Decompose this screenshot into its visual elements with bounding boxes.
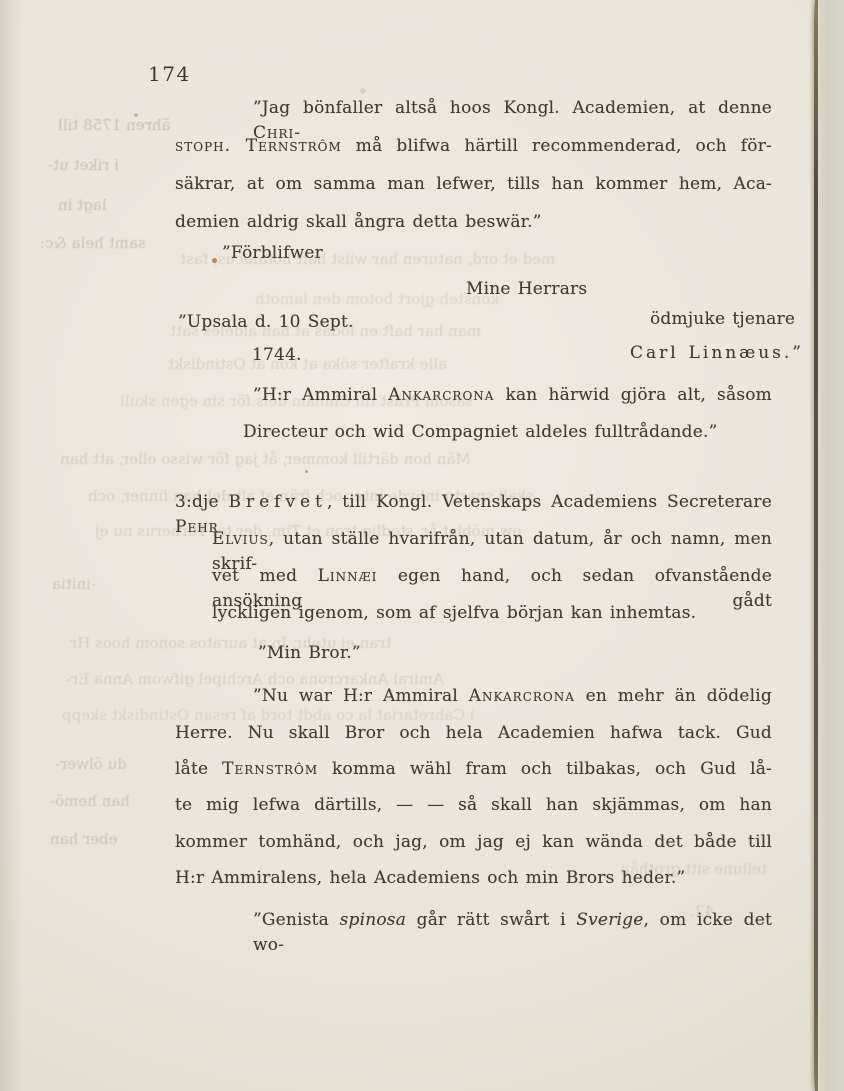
showthrough-fragment: han hemö- xyxy=(50,792,130,810)
letter1-mine-herrars: Mine Herrars xyxy=(466,277,587,302)
postscript-line2: Directeur och wid Compagniet aldeles ful… xyxy=(243,420,718,445)
paper-stain xyxy=(305,470,308,473)
showthrough-fragment: lagt in xyxy=(58,196,107,214)
paper-stain xyxy=(212,258,217,263)
showthrough-fragment: ähren 1758 till xyxy=(58,116,170,134)
letter3-line6: H:r Ammiralens, hela Academiens och min … xyxy=(175,866,685,891)
editor-note-line4: lyckligen igenom, som af sjelfva början … xyxy=(212,601,696,626)
page-edge-line xyxy=(814,0,818,1091)
letter1-dateline-place: ”Upsala d. 10 Sept. xyxy=(178,310,354,335)
letter1-line3: säkrar, at om samma man lefwer, tills ha… xyxy=(175,172,772,197)
letter1-line2: stoph. Ternstrôm må blifwa härtill recom… xyxy=(175,134,772,159)
page-left-shadow xyxy=(0,0,22,1091)
letter1-line4: demien aldrig skall ångra detta beswär.” xyxy=(175,210,542,235)
paper-stain xyxy=(360,88,366,94)
page-scan: ähren 1758 tilli riket ut-lagt insamt he… xyxy=(0,0,844,1091)
paper-stain xyxy=(134,113,138,117)
showthrough-fragment: Män hon därtill kommer, åt jag för wisso… xyxy=(60,450,471,468)
showthrough-fragment: samt hela &c: xyxy=(40,234,146,252)
letter3-line3: låte Ternstrôm komma wähl fram och tilba… xyxy=(175,757,772,782)
page-number: 174 xyxy=(148,62,191,86)
showthrough-fragment: du ölwer- xyxy=(55,755,127,773)
showthrough-fragment: eber han xyxy=(50,830,118,848)
letter3-line2: Herre. Nu skall Bror och hela Academien … xyxy=(175,721,772,746)
postscript-line1: ”H:r Ammiral Ankarcrona kan härwid gjöra… xyxy=(175,383,772,408)
letter1-dateline-year: 1744. xyxy=(252,343,302,368)
letter3-line1: ”Nu war H:r Ammiral Ankarcrona en mehr ä… xyxy=(175,684,772,709)
showthrough-fragment: i riket ut- xyxy=(48,156,119,174)
letter1-valediction: ”Förblifwer xyxy=(222,241,323,266)
showthrough-fragment: -initia xyxy=(52,575,96,593)
page-edge-strip xyxy=(817,0,844,1091)
letter3-para2-line1: ”Genista spinosa går rätt swårt i Sverig… xyxy=(175,908,772,958)
letter3-salutation: ”Min Bror.” xyxy=(258,641,361,666)
showthrough-fragment: alle krafter söka at kon at Ostindiskt xyxy=(168,355,447,373)
showthrough-fragment: konsteh gjort botom den lamoth xyxy=(255,290,499,308)
letter3-line4: te mig lefwa därtills, — — så skall han … xyxy=(175,793,772,818)
letter3-line5: kommer tomhänd, och jag, om jag ej kan w… xyxy=(175,830,772,855)
letter1-odmjuke-tjenare: ödmjuke tjenare xyxy=(650,307,795,332)
letter1-signature: Carl Linnæus.” xyxy=(630,341,804,366)
